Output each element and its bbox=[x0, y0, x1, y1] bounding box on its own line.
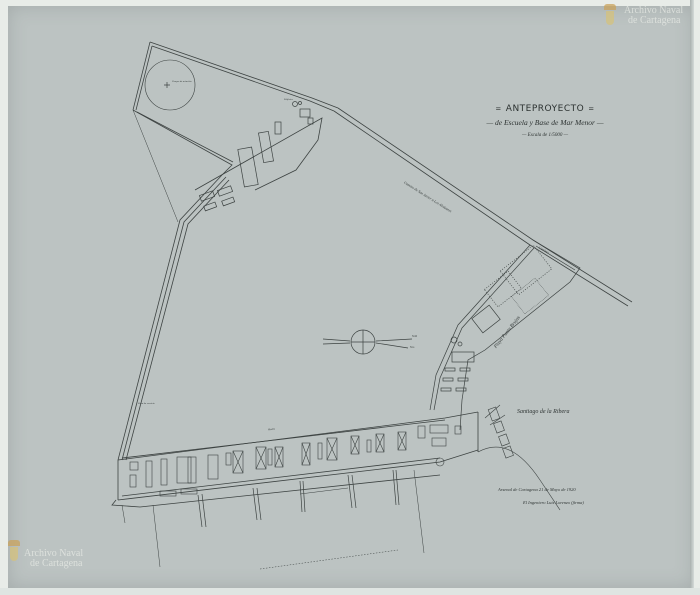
watermark-line-2: de Cartagena bbox=[30, 559, 83, 569]
crest-icon bbox=[8, 540, 20, 566]
site-plan bbox=[0, 0, 700, 595]
west-note: Zona de servicio bbox=[138, 402, 155, 405]
strip-buildings bbox=[130, 425, 461, 496]
compass-rose bbox=[323, 330, 412, 354]
title-dash-left: = bbox=[495, 105, 501, 113]
title-dash-right: = bbox=[588, 105, 594, 113]
west-perimeter-road bbox=[118, 175, 229, 460]
title-block: =ANTEPROYECTO= — de Escuela y Base de Ma… bbox=[470, 104, 620, 138]
scale-note: — Escala de 1/5000 — bbox=[470, 133, 620, 138]
crest-icon bbox=[604, 4, 616, 30]
breakwater-lines bbox=[122, 470, 424, 569]
compass-label-n: N.M. bbox=[412, 335, 417, 338]
title-main: =ANTEPROYECTO= bbox=[470, 104, 620, 114]
airfield-label: Campo de aviación bbox=[172, 80, 191, 83]
signature-line-1: Arsenal de Cartagena 21 de Mayo de 1920 bbox=[498, 487, 576, 492]
signature-line-2: El Ingeniero Luis Lorenzo (firma) bbox=[523, 500, 584, 505]
watermark-top-right: Archivo Naval de Cartagena bbox=[624, 6, 683, 26]
watermark-bottom-left: Archivo Naval de Cartagena bbox=[24, 549, 83, 569]
compass-label-s: N.G. bbox=[410, 346, 415, 349]
watermark-line-2: de Cartagena bbox=[628, 16, 683, 26]
santiago-label: Santiago de la Ribera bbox=[517, 409, 570, 415]
title-text: ANTEPROYECTO bbox=[506, 104, 584, 114]
title-subtitle: — de Escuela y Base de Mar Menor — bbox=[470, 118, 620, 127]
north-compound-wall bbox=[133, 42, 338, 190]
coastline bbox=[478, 405, 560, 510]
north-compound-note: Edificios bbox=[284, 98, 293, 101]
